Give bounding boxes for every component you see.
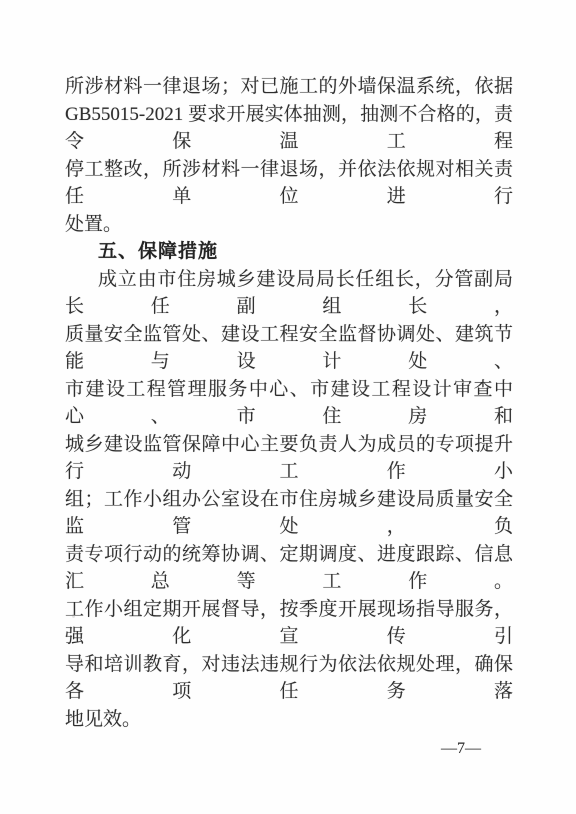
body-line: 责专项行动的统筹协调、定期调度、进度跟踪、信息汇总等工作。 [65, 541, 513, 596]
body-line: 所涉材料一律退场；对已施工的外墙保温系统，依据 [65, 73, 513, 101]
paragraph-measures: 成立由市住房城乡建设局局长任组长，分管副局长任副组长，质量安全监管处、建设工程安… [65, 266, 513, 734]
body-line: 工作小组定期开展督导，按季度开展现场指导服务，强化宣传引 [65, 596, 513, 651]
body-line: 质量安全监管处、建设工程安全监督协调处、建筑节能与设计处、 [65, 321, 513, 376]
body-line: 停工整改，所涉材料一律退场，并依法依规对相关责任单位进行 [65, 156, 513, 211]
body-line: 城乡建设监管保障中心主要负责人为成员的专项提升行动工作小 [65, 431, 513, 486]
body-line: 处置。 [65, 211, 513, 239]
section-heading: 五、保障措施 [65, 238, 513, 266]
body-line: 导和培训教育，对违法违规行为依法依规处理，确保各项任务落 [65, 651, 513, 706]
body-line: GB55015-2021 要求开展实体抽测，抽测不合格的，责令保温工程 [65, 101, 513, 156]
scan-artifact [72, 614, 75, 618]
body-line: 成立由市住房城乡建设局局长任组长，分管副局长任副组长， [65, 266, 513, 321]
body-line: 组；工作小组办公室设在市住房城乡建设局质量安全监管处，负 [65, 486, 513, 541]
paragraph-continued: 所涉材料一律退场；对已施工的外墙保温系统，依据GB55015-2021 要求开展… [65, 73, 513, 238]
body-line: 市建设工程管理服务中心、市建设工程设计审查中心、市住房和 [65, 376, 513, 431]
body-line: 地见效。 [65, 706, 513, 734]
page-number: —7— [441, 740, 481, 758]
document-page: 所涉材料一律退场；对已施工的外墙保温系统，依据GB55015-2021 要求开展… [0, 0, 576, 814]
document-body: 所涉材料一律退场；对已施工的外墙保温系统，依据GB55015-2021 要求开展… [65, 73, 513, 733]
